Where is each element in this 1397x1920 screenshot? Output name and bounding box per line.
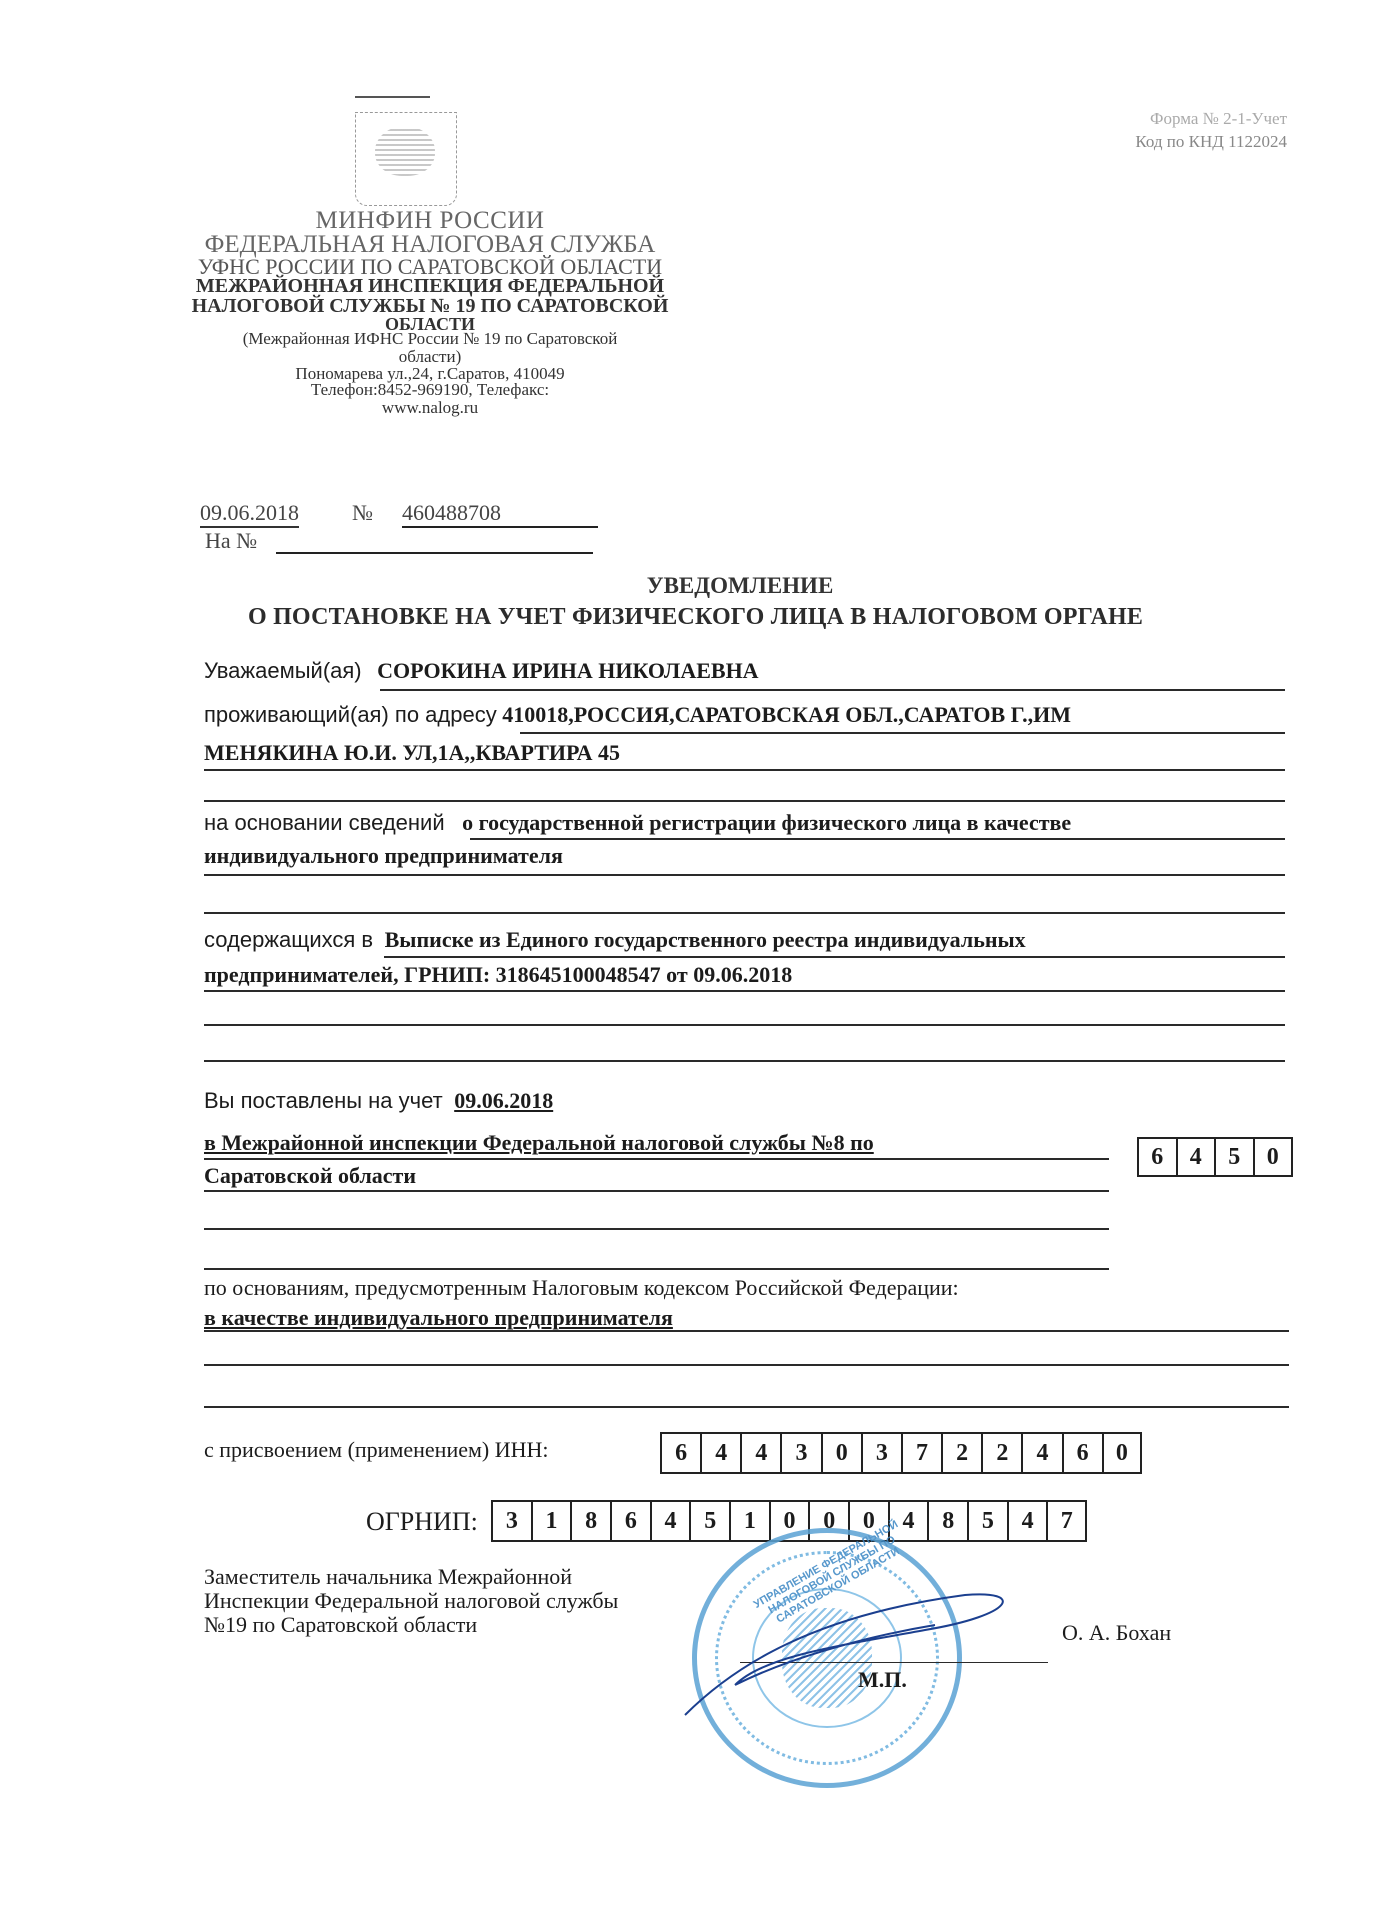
inn-box: 6 4 4 3 0 3 7 2 2 4 6 0: [660, 1432, 1142, 1474]
signatory-name: О. А. Бохан: [1062, 1620, 1171, 1646]
authority-line-2: Саратовской области: [204, 1163, 416, 1189]
ogrnip-digit: 1: [731, 1502, 771, 1540]
source-underline-3: [204, 1024, 1285, 1026]
addressee-label: Уважаемый(ая): [204, 658, 362, 683]
inn-digit: 6: [1064, 1434, 1104, 1472]
authority-line-1: в Межрайонной инспекции Федеральной нало…: [204, 1130, 874, 1156]
org-phone: Телефон:8452-969190, Телефакс:: [190, 381, 670, 398]
registered-row: Вы поставлены на учет 09.06.2018: [204, 1088, 553, 1114]
address-underline-3: [204, 800, 1285, 802]
authority-code-digit: 0: [1255, 1139, 1292, 1175]
form-code-block: Форма № 2-1-Учет Код по КНД 1122024: [1135, 108, 1287, 154]
source-row: содержащихся в Выписке из Единого госуда…: [204, 927, 1026, 953]
position-line-3: №19 по Саратовской области: [204, 1613, 618, 1637]
inn-digit: 6: [662, 1434, 702, 1472]
address-row: проживающий(ая) по адресу 410018,РОССИЯ,…: [204, 702, 1071, 728]
address-underline-1: [520, 732, 1285, 734]
org-short-name-2: области): [190, 348, 670, 365]
grounds-underline-3: [204, 1406, 1289, 1408]
basis-underline-1: [470, 838, 1285, 840]
authority-underline-4: [204, 1268, 1109, 1270]
org-line-ministry: МИНФИН РОССИИ: [190, 208, 670, 233]
address-underline-2: [204, 769, 1285, 771]
ogrnip-digit: 8: [572, 1502, 612, 1540]
grounds-label: по основаниям, предусмотренным Налоговым…: [204, 1275, 959, 1301]
inn-digit: 0: [1104, 1434, 1140, 1472]
ogrnip-digit: 4: [652, 1502, 692, 1540]
document-date: 09.06.2018: [200, 500, 299, 528]
reference-label: На №: [205, 528, 257, 554]
authority-underline-2: [204, 1190, 1109, 1192]
authority-underline-1: [204, 1158, 1109, 1160]
address-line-2: МЕНЯКИНА Ю.И. УЛ,1А,,КВАРТИРА 45: [204, 740, 620, 766]
coat-of-arms-icon: [355, 96, 455, 196]
authority-code-digit: 6: [1139, 1139, 1178, 1175]
address-label: проживающий(ая) по адресу: [204, 702, 497, 727]
ogrnip-digit: 6: [612, 1502, 652, 1540]
inn-digit: 7: [903, 1434, 943, 1472]
org-short-name-1: (Межрайонная ИФНС России № 19 по Саратов…: [190, 330, 670, 347]
ogrnip-digit: 5: [691, 1502, 731, 1540]
position-line-2: Инспекции Федеральной налоговой службы: [204, 1589, 618, 1613]
inn-digit: 0: [823, 1434, 863, 1472]
grounds-underline-2: [204, 1364, 1289, 1366]
ogrnip-digit: 8: [929, 1502, 969, 1540]
address-line-1: 410018,РОССИЯ,САРАТОВСКАЯ ОБЛ.,САРАТОВ Г…: [502, 702, 1071, 727]
basis-line-2: индивидуального предпринимателя: [204, 843, 563, 869]
source-underline-4: [204, 1060, 1285, 1062]
grounds-underline-1: [204, 1330, 1289, 1332]
ogrnip-digit: 3: [493, 1502, 533, 1540]
form-name: Форма № 2-1-Учет: [1135, 108, 1287, 131]
org-website: www.nalog.ru: [190, 399, 670, 416]
ogrnip-digit: 1: [533, 1502, 573, 1540]
inn-digit: 2: [943, 1434, 983, 1472]
ogrnip-digit: 5: [969, 1502, 1009, 1540]
document-subtitle: О ПОСТАНОВКЕ НА УЧЕТ ФИЗИЧЕСКОГО ЛИЦА В …: [248, 604, 1143, 631]
name-underline: [380, 689, 1285, 691]
authority-underline-3: [204, 1228, 1109, 1230]
grounds-value: в качестве индивидуального предпринимате…: [204, 1305, 673, 1331]
registered-date: 09.06.2018: [454, 1088, 553, 1113]
registered-label: Вы поставлены на учет: [204, 1088, 443, 1113]
source-underline-2: [204, 990, 1285, 992]
inn-digit: 4: [702, 1434, 742, 1472]
inn-digit: 4: [1023, 1434, 1063, 1472]
org-line-inspection-2: НАЛОГОВОЙ СЛУЖБЫ № 19 ПО САРАТОВСКОЙ: [190, 296, 670, 316]
inn-digit: 4: [742, 1434, 782, 1472]
authority-code-digit: 5: [1216, 1139, 1255, 1175]
ogrnip-label: ОГРНИП:: [366, 1507, 478, 1537]
inn-digit: 3: [863, 1434, 903, 1472]
source-line-2: предпринимателей, ГРНИП: 318645100048547…: [204, 962, 792, 988]
handwritten-signature-icon: [675, 1575, 1035, 1725]
inn-digit: 2: [983, 1434, 1023, 1472]
addressee-row: Уважаемый(ая) СОРОКИНА ИРИНА НИКОЛАЕВНА: [204, 658, 759, 684]
ogrnip-digit: 7: [1048, 1502, 1085, 1540]
inn-label: с присвоением (применением) ИНН:: [204, 1437, 549, 1463]
basis-line-1: о государственной регистрации физическог…: [462, 810, 1071, 835]
source-label: содержащихся в: [204, 927, 373, 952]
basis-underline-3: [204, 912, 1285, 914]
org-line-inspection-1: МЕЖРАЙОННАЯ ИНСПЕКЦИЯ ФЕДЕРАЛЬНОЙ: [190, 276, 670, 296]
signatory-position: Заместитель начальника Межрайонной Инспе…: [204, 1565, 618, 1637]
reference-field: [276, 552, 593, 554]
ogrnip-digit: 4: [1009, 1502, 1049, 1540]
basis-label: на основании сведений: [204, 810, 445, 835]
document-number: 460488708: [402, 500, 598, 528]
basis-underline-2: [204, 874, 1285, 876]
source-line-1: Выписке из Единого государственного реес…: [385, 927, 1026, 952]
number-sign: №: [352, 500, 373, 526]
source-underline-1: [384, 956, 1285, 958]
basis-row: на основании сведений о государственной …: [204, 810, 1071, 836]
document-title: УВЕДОМЛЕНИЕ: [0, 573, 1397, 599]
authority-code-box: 6 4 5 0: [1137, 1137, 1293, 1177]
inn-digit: 3: [782, 1434, 822, 1472]
position-line-1: Заместитель начальника Межрайонной: [204, 1565, 618, 1589]
authority-code-digit: 4: [1178, 1139, 1217, 1175]
person-name: СОРОКИНА ИРИНА НИКОЛАЕВНА: [377, 658, 758, 683]
knd-code: Код по КНД 1122024: [1135, 131, 1287, 154]
